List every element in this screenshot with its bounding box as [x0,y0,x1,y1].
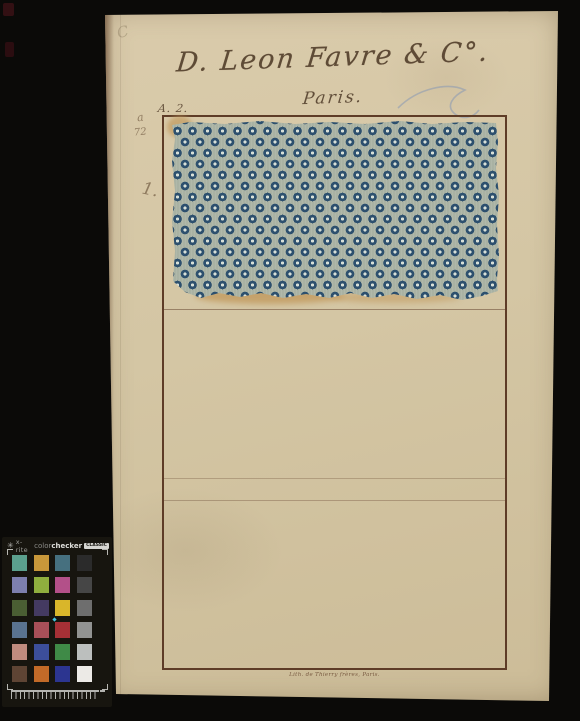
colorchecker-patch-purplish-blue [34,644,49,660]
colorchecker-wordmark: color checker CLASSIC [34,542,109,550]
colorchecker-patch-neutral-6-5 [77,622,92,638]
mat-red-mark [5,42,14,57]
colorchecker-patch-neutral-8 [77,644,92,660]
horizontal-rule [164,309,505,310]
colorchecker-patch-yellow-green [34,577,49,593]
colorchecker-patch-yellow [55,600,70,616]
ruler-scale [11,690,99,699]
horizontal-rule [164,478,505,479]
colorchecker-patch-bluish-green [12,555,27,571]
colorchecker-patch-orange [34,666,49,682]
colorchecker-header: ✳ x-rite color checker CLASSIC [7,541,109,551]
photographed-sample-card: C D. Leon Favre & C°. Paris. A. 2. a 72 … [0,0,580,721]
colorchecker-patch-magenta [55,577,70,593]
margin-note: 72 [133,126,147,138]
colorchecker-patch-light-skin [12,644,27,660]
margin-note: a [136,111,144,125]
paper-crease [120,14,121,698]
colorchecker-patch-green [55,644,70,660]
margin-note: 1. [140,179,160,202]
colorchecker-patch-foliage [12,600,27,616]
fabric-swatch [170,120,499,301]
horizontal-rule [164,500,505,501]
lithographer-imprint: Lith. de Thierry frères, Paris. [162,672,507,678]
colorchecker-patch-moderate-red [34,622,49,638]
pencil-mark: C [115,22,130,42]
colorchecker-patch-orange-yellow [34,555,49,571]
colorchecker-patch-blue [55,666,70,682]
colorchecker-patch-dark-skin [12,666,27,682]
ruler-end-mark [100,690,105,692]
colorchecker-patch-white [77,666,92,682]
colorchecker-patch-blue-sky [12,622,27,638]
colorchecker-patch-cyan [55,555,70,571]
colorchecker-patch-blue-flower [12,577,27,593]
colorchecker-patch-red [55,622,70,638]
script-title: D. Leon Favre & C°. [151,36,514,80]
colorchecker-patch-neutral-5 [77,600,92,616]
paper-sheet: C D. Leon Favre & C°. Paris. A. 2. a 72 … [103,8,561,703]
mat-red-mark [3,3,14,16]
corner-bracket [102,549,108,555]
colorchecker-wordmark-bold: checker [51,542,82,550]
colorchecker-patch-purple [34,600,49,616]
colorchecker-patch-black [77,555,92,571]
colorchecker-wordmark-light: color [34,542,51,550]
xrite-brand-label: x-rite [16,538,34,554]
sample-reference: A. 2. [157,102,189,115]
colorchecker-card: ✳ x-rite color checker CLASSIC [2,537,112,707]
colorchecker-patch-neutral-3-5 [77,577,92,593]
